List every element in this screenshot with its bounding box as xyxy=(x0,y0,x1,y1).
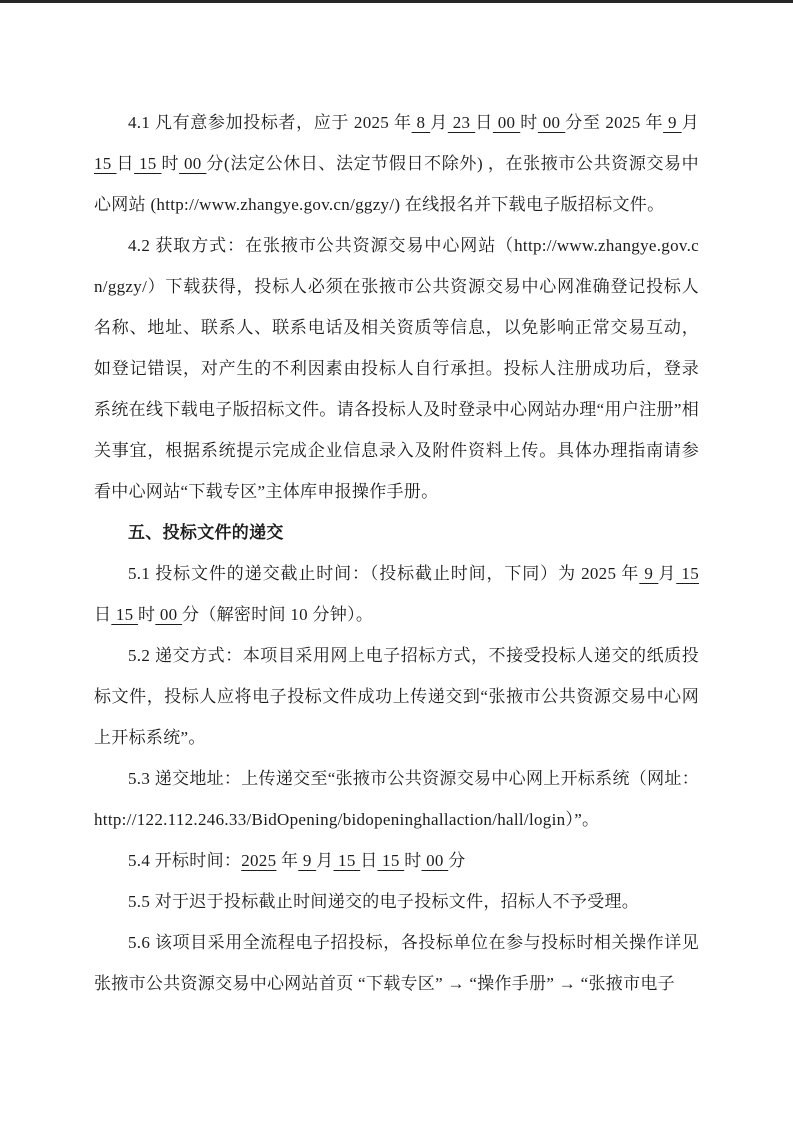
text-run: 月 xyxy=(430,113,448,132)
underlined-blank-value: 00 xyxy=(179,154,206,173)
text-run: 4.1 凡有意参加投标者，应于 2025 年 xyxy=(128,113,412,132)
text-run: 5.2 递交方式：本项目采用网上电子招标方式，不接受投标人递交的纸质投标文件，投… xyxy=(94,646,699,747)
underlined-blank-value: 00 xyxy=(422,851,449,870)
clause-5-3: 5.3 递交地址：上传递交至“张掖市公共资源交易中心网上开标系统（网址：http… xyxy=(94,758,699,840)
text-run: 时 xyxy=(404,851,421,870)
text-run: 月 xyxy=(316,851,333,870)
text-run: 4.2 获取方式：在张掖市公共资源交易中心网站（http://www.zhang… xyxy=(94,236,699,501)
text-run: 日 xyxy=(360,851,377,870)
text-run: 日 xyxy=(116,154,134,173)
underlined-blank-value: 8 xyxy=(412,113,431,132)
underlined-blank-value: 15 xyxy=(111,605,138,624)
text-run: 日 xyxy=(475,113,493,132)
underlined-blank-value: 23 xyxy=(448,113,475,132)
text-run: 时 xyxy=(138,605,155,624)
text-run: 时 xyxy=(520,113,538,132)
underlined-blank-value: 15 xyxy=(676,564,699,583)
text-run: 分至 2025 年 xyxy=(565,113,663,132)
text-run: 5.4 开标时间： xyxy=(128,851,241,870)
underlined-blank-value: 15 xyxy=(378,851,405,870)
underlined-blank-value: 2025 xyxy=(241,851,276,870)
text-run: 月 xyxy=(682,113,699,132)
underlined-blank-value: 9 xyxy=(663,113,682,132)
clause-5-6: 5.6 该项目采用全流程电子招投标，各投标单位在参与投标时相关操作详见张掖市公共… xyxy=(94,922,699,1004)
document-body: 4.1 凡有意参加投标者，应于 2025 年 8 月 23 日 00 时 00 … xyxy=(94,102,699,1004)
underlined-blank-value: 9 xyxy=(639,564,658,583)
text-run: 5.5 对于迟于投标截止时间递交的电子投标文件，招标人不予受理。 xyxy=(128,892,639,911)
text-run: 年 xyxy=(276,851,298,870)
text-run: 时 xyxy=(161,154,179,173)
underlined-blank-value: 15 xyxy=(134,154,161,173)
underlined-blank-value: 15 xyxy=(333,851,360,870)
clause-4-2: 4.2 获取方式：在张掖市公共资源交易中心网站（http://www.zhang… xyxy=(94,225,699,512)
text-run: 5.1 投标文件的递交截止时间：（投标截止时间，下同）为 2025 年 xyxy=(128,564,639,583)
underlined-blank-value: 00 xyxy=(538,113,565,132)
text-run: 日 xyxy=(94,605,111,624)
document-page: 4.1 凡有意参加投标者，应于 2025 年 8 月 23 日 00 时 00 … xyxy=(0,0,793,1122)
underlined-blank-value: 00 xyxy=(493,113,520,132)
section-5-heading: 五、投标文件的递交 xyxy=(94,512,699,553)
underlined-blank-value: 15 xyxy=(94,154,116,173)
underlined-blank-value: 9 xyxy=(298,851,316,870)
page-top-edge xyxy=(0,0,793,3)
text-run: 五、投标文件的递交 xyxy=(128,523,284,542)
text-run: 5.3 递交地址：上传递交至“张掖市公共资源交易中心网上开标系统（网址：http… xyxy=(94,769,699,829)
text-run: 分 xyxy=(448,851,465,870)
text-run: 分（解密时间 10 分钟）。 xyxy=(182,605,373,624)
clause-5-5: 5.5 对于迟于投标截止时间递交的电子投标文件，招标人不予受理。 xyxy=(94,881,699,922)
clause-4-1: 4.1 凡有意参加投标者，应于 2025 年 8 月 23 日 00 时 00 … xyxy=(94,102,699,225)
text-run: 5.6 该项目采用全流程电子招投标，各投标单位在参与投标时相关操作详见张掖市公共… xyxy=(94,933,699,993)
clause-5-2: 5.2 递交方式：本项目采用网上电子招标方式，不接受投标人递交的纸质投标文件，投… xyxy=(94,635,699,758)
clause-5-1: 5.1 投标文件的递交截止时间：（投标截止时间，下同）为 2025 年 9 月 … xyxy=(94,553,699,635)
clause-5-4: 5.4 开标时间：2025 年 9 月 15 日 15 时 00 分 xyxy=(94,840,699,881)
underlined-blank-value: 00 xyxy=(155,605,182,624)
text-run: 月 xyxy=(658,564,676,583)
